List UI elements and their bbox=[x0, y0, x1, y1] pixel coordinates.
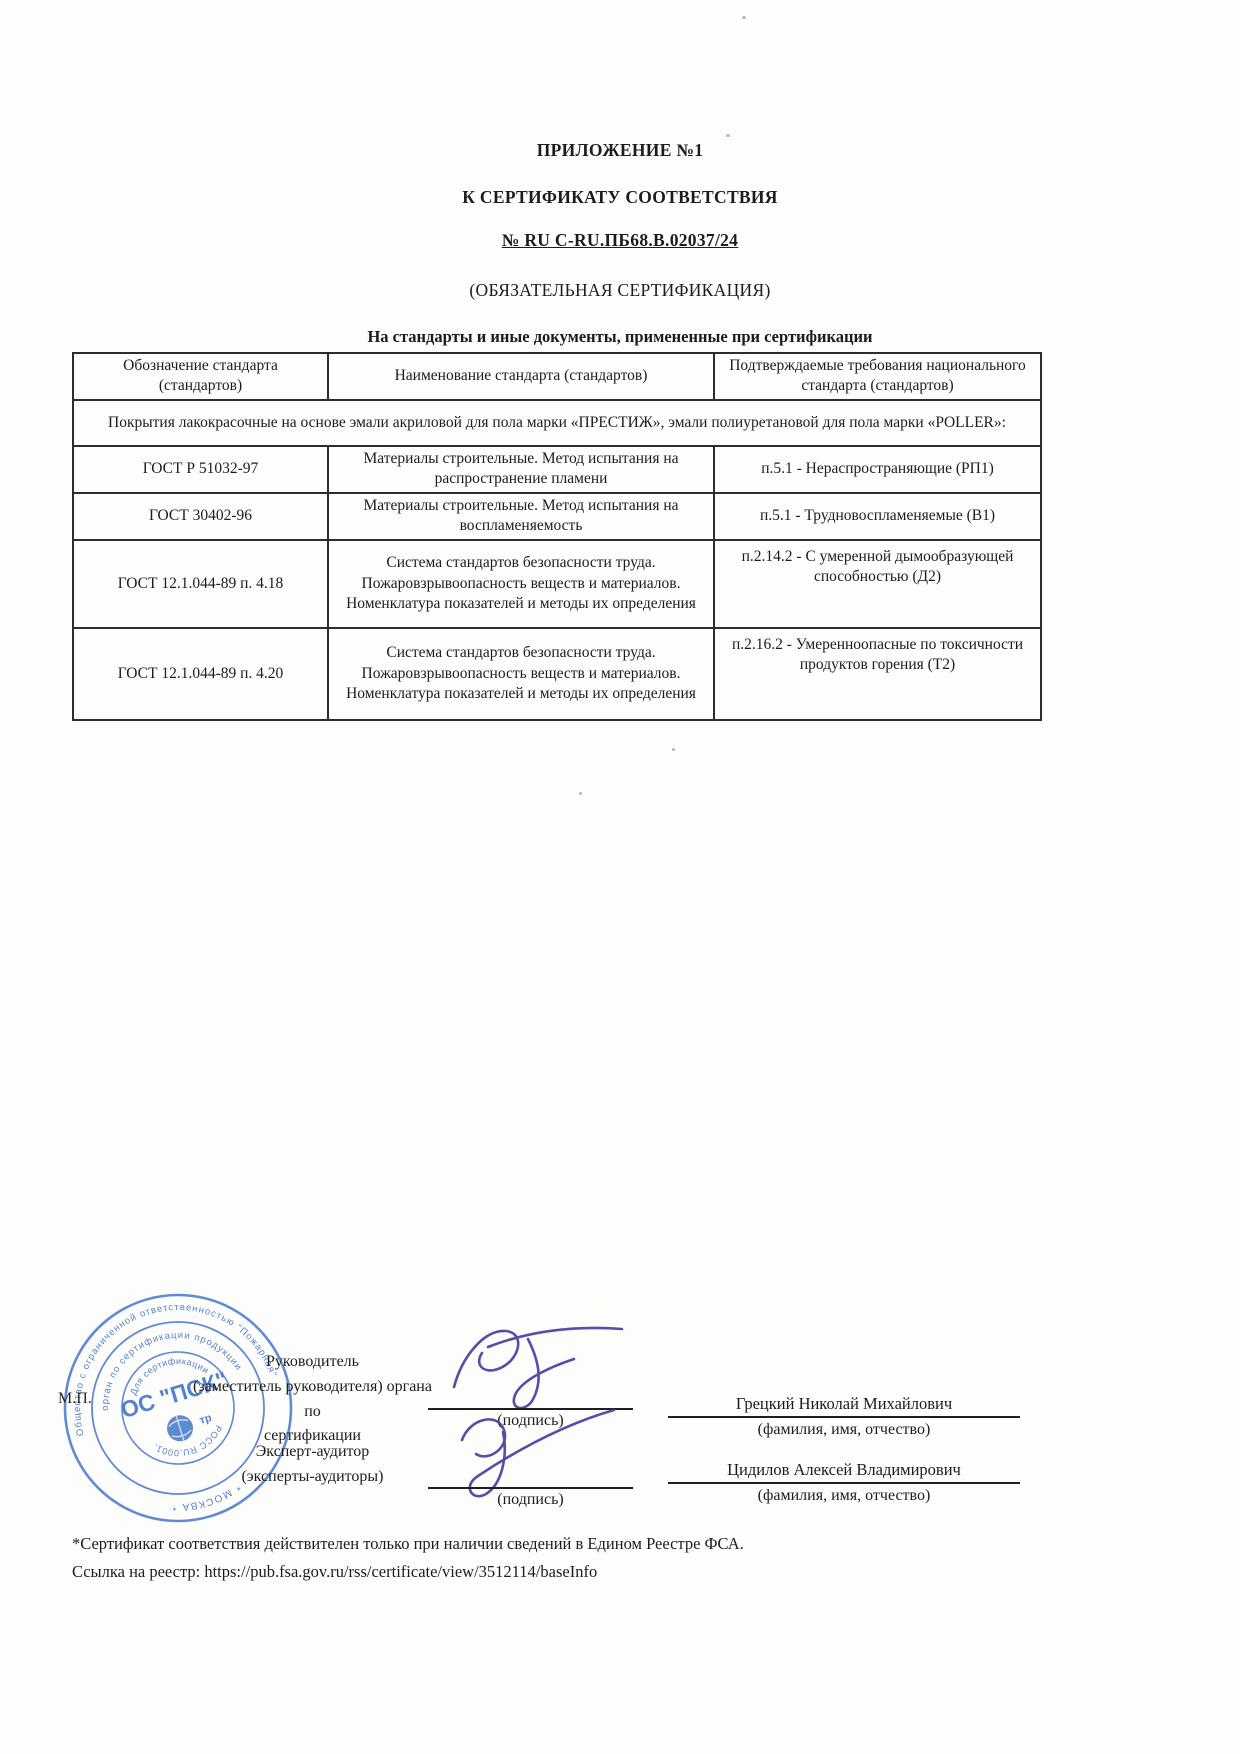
registry-link-text: Ссылка на реестр: https://pub.fsa.gov.ru… bbox=[72, 1558, 1172, 1586]
role-line: (заместитель руководителя) органа по bbox=[185, 1375, 440, 1425]
mp-seal-label: М.П. bbox=[58, 1390, 92, 1408]
col-header-requirements: Подтверждаемые требования национального … bbox=[714, 353, 1041, 400]
scan-speck bbox=[579, 792, 582, 795]
col-header-designation: Обозначение стандарта (стандартов) bbox=[73, 353, 328, 400]
product-row: Покрытия лакокрасочные на основе эмали а… bbox=[73, 400, 1041, 446]
standard-requirements: п.2.14.2 - С умеренной дымообразующей сп… bbox=[714, 540, 1041, 628]
name-caption: (фамилия, имя, отчество) bbox=[668, 1484, 1020, 1505]
table-caption: На стандарты и иные документы, примененн… bbox=[0, 327, 1240, 347]
role-head-of-body: Руководитель (заместитель руководителя) … bbox=[185, 1350, 440, 1449]
standard-requirements: п.5.1 - Трудновоспламеняемые (В1) bbox=[714, 493, 1041, 540]
table-row: ГОСТ Р 51032-97 Материалы строительные. … bbox=[73, 446, 1041, 493]
scan-speck bbox=[672, 748, 675, 751]
table-header-row: Обозначение стандарта (стандартов) Наиме… bbox=[73, 353, 1041, 400]
head-name-block: Грецкий Николай Михайлович (фамилия, имя… bbox=[668, 1394, 1020, 1439]
name-caption: (фамилия, имя, отчество) bbox=[668, 1418, 1020, 1439]
standards-table: Обозначение стандарта (стандартов) Наиме… bbox=[72, 352, 1042, 721]
auditor-name-block: Цидилов Алексей Владимирович (фамилия, и… bbox=[668, 1460, 1020, 1505]
appendix-title: ПРИЛОЖЕНИЕ №1 bbox=[0, 140, 1240, 161]
auditor-full-name: Цидилов Алексей Владимирович bbox=[668, 1460, 1020, 1484]
scan-speck bbox=[726, 134, 730, 137]
table-row: ГОСТ 30402-96 Материалы строительные. Ме… bbox=[73, 493, 1041, 540]
standard-designation: ГОСТ Р 51032-97 bbox=[73, 446, 328, 493]
product-description: Покрытия лакокрасочные на основе эмали а… bbox=[73, 400, 1041, 446]
table-row: ГОСТ 12.1.044-89 п. 4.20 Система стандар… bbox=[73, 628, 1041, 720]
validity-note: *Сертификат соответствия действителен то… bbox=[72, 1530, 1172, 1558]
certificate-appendix-page: ПРИЛОЖЕНИЕ №1 К СЕРТИФИКАТУ СООТВЕТСТВИЯ… bbox=[0, 0, 1240, 1754]
role-expert-auditor: Эксперт-аудитор (эксперты-аудиторы) bbox=[185, 1440, 440, 1490]
standard-requirements: п.2.16.2 - Умеренноопасные по токсичност… bbox=[714, 628, 1041, 720]
standard-name: Система стандартов безопасности труда. П… bbox=[328, 628, 714, 720]
standard-name: Система стандартов безопасности труда. П… bbox=[328, 540, 714, 628]
standard-name: Материалы строительные. Метод испытания … bbox=[328, 446, 714, 493]
standard-designation: ГОСТ 30402-96 bbox=[73, 493, 328, 540]
head-signature bbox=[432, 1315, 647, 1415]
standard-name: Материалы строительные. Метод испытания … bbox=[328, 493, 714, 540]
role-line: Руководитель bbox=[185, 1350, 440, 1375]
certificate-subtitle: К СЕРТИФИКАТУ СООТВЕТСТВИЯ bbox=[0, 187, 1240, 208]
footer-notes: *Сертификат соответствия действителен то… bbox=[72, 1530, 1172, 1586]
standard-requirements: п.5.1 - Нераспространяющие (РП1) bbox=[714, 446, 1041, 493]
col-header-name: Наименование стандарта (стандартов) bbox=[328, 353, 714, 400]
signature-line bbox=[428, 1487, 633, 1489]
standard-designation: ГОСТ 12.1.044-89 п. 4.18 bbox=[73, 540, 328, 628]
certificate-number: № RU C-RU.ПБ68.В.02037/24 bbox=[502, 230, 738, 250]
certification-type: (ОБЯЗАТЕЛЬНАЯ СЕРТИФИКАЦИЯ) bbox=[0, 280, 1240, 301]
signature-caption: (подпись) bbox=[428, 1491, 633, 1509]
role-line: Эксперт-аудитор bbox=[185, 1440, 440, 1465]
certificate-number-row: № RU C-RU.ПБ68.В.02037/24 bbox=[0, 230, 1240, 251]
scan-speck bbox=[742, 16, 746, 19]
role-line: (эксперты-аудиторы) bbox=[185, 1465, 440, 1490]
standard-designation: ГОСТ 12.1.044-89 п. 4.20 bbox=[73, 628, 328, 720]
table-row: ГОСТ 12.1.044-89 п. 4.18 Система стандар… bbox=[73, 540, 1041, 628]
head-full-name: Грецкий Николай Михайлович bbox=[668, 1394, 1020, 1418]
